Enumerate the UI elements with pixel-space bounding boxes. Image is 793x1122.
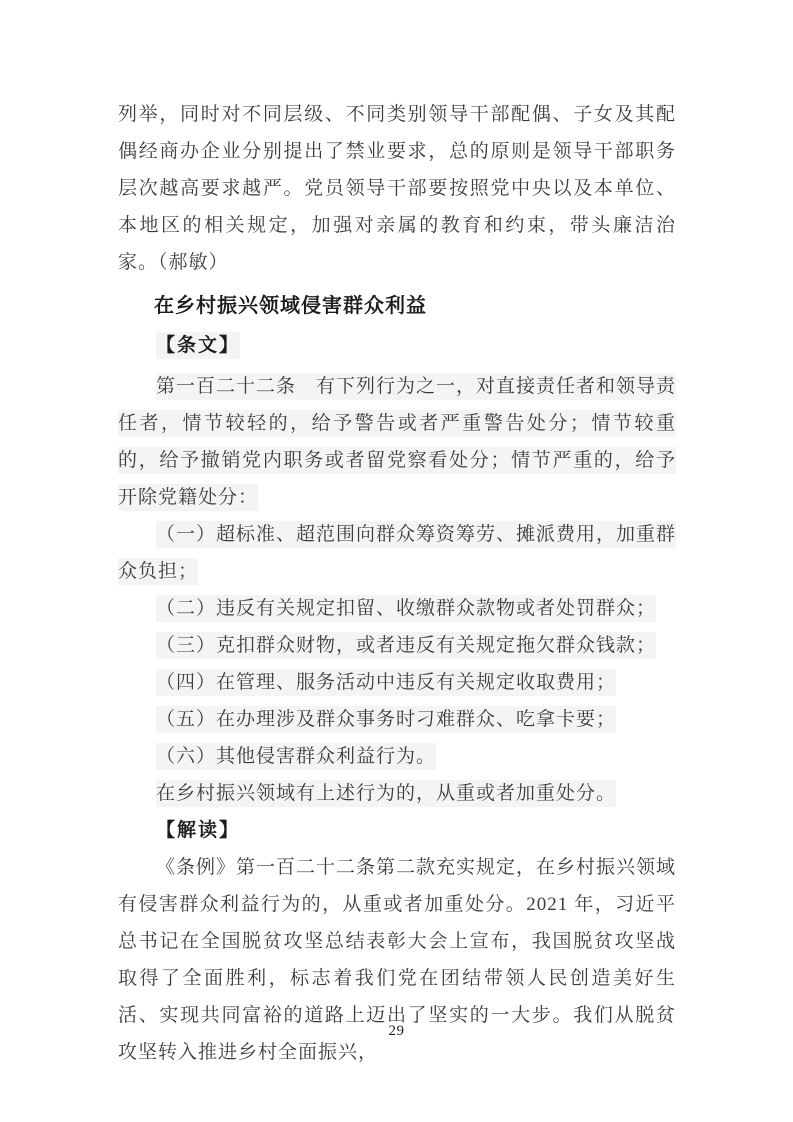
tiaowen-item-6: （六）其他侵害群众利益行为。 (118, 738, 676, 775)
jiedu-label: 【解读】 (118, 812, 676, 849)
page-content: 列举，同时对不同层级、不同类别领导干部配偶、子女及其配偶经商办企业分别提出了禁业… (118, 96, 676, 1071)
tiaowen-label-text: 【条文】 (156, 332, 240, 359)
tiaowen-item-6-text: （六）其他侵害群众利益行为。 (156, 743, 436, 770)
page-number: 29 (389, 1023, 405, 1039)
tiaowen-paragraph-main: 第一百二十二条 有下列行为之一，对直接责任者和领导责任者，情节较轻的，给予警告或… (118, 368, 676, 516)
tiaowen-item-2: （二）违反有关规定扣留、收缴群众款物或者处罚群众； (118, 590, 676, 627)
page-footer: 29 (0, 1022, 793, 1040)
tiaowen-label: 【条文】 (118, 327, 676, 364)
tiaowen-item-2-text: （二）违反有关规定扣留、收缴群众款物或者处罚群众； (156, 595, 656, 622)
tiaowen-closing-text: 在乡村振兴领域有上述行为的，从重或者加重处分。 (156, 780, 616, 807)
intro-paragraph: 列举，同时对不同层级、不同类别领导干部配偶、子女及其配偶经商办企业分别提出了禁业… (118, 96, 676, 281)
tiaowen-paragraph-main-text: 第一百二十二条 有下列行为之一，对直接责任者和领导责任者，情节较轻的，给予警告或… (118, 373, 676, 511)
tiaowen-item-4-text: （四）在管理、服务活动中违反有关规定收取费用； (156, 669, 616, 696)
tiaowen-item-4: （四）在管理、服务活动中违反有关规定收取费用； (118, 664, 676, 701)
tiaowen-closing: 在乡村振兴领域有上述行为的，从重或者加重处分。 (118, 775, 676, 812)
tiaowen-item-1-text: （一）超标准、超范围向群众筹资筹劳、摊派费用，加重群众负担； (118, 521, 676, 585)
tiaowen-item-3: （三）克扣群众财物，或者违反有关规定拖欠群众钱款； (118, 627, 676, 664)
section-title: 在乡村振兴领域侵害群众利益 (118, 287, 676, 325)
tiaowen-item-1: （一）超标准、超范围向群众筹资筹劳、摊派费用，加重群众负担； (118, 516, 676, 590)
tiaowen-item-5: （五）在办理涉及群众事务时刁难群众、吃拿卡要； (118, 701, 676, 738)
document-page: 列举，同时对不同层级、不同类别领导干部配偶、子女及其配偶经商办企业分别提出了禁业… (0, 0, 793, 1122)
tiaowen-item-3-text: （三）克扣群众财物，或者违反有关规定拖欠群众钱款； (156, 632, 656, 659)
tiaowen-item-5-text: （五）在办理涉及群众事务时刁难群众、吃拿卡要； (156, 706, 616, 733)
